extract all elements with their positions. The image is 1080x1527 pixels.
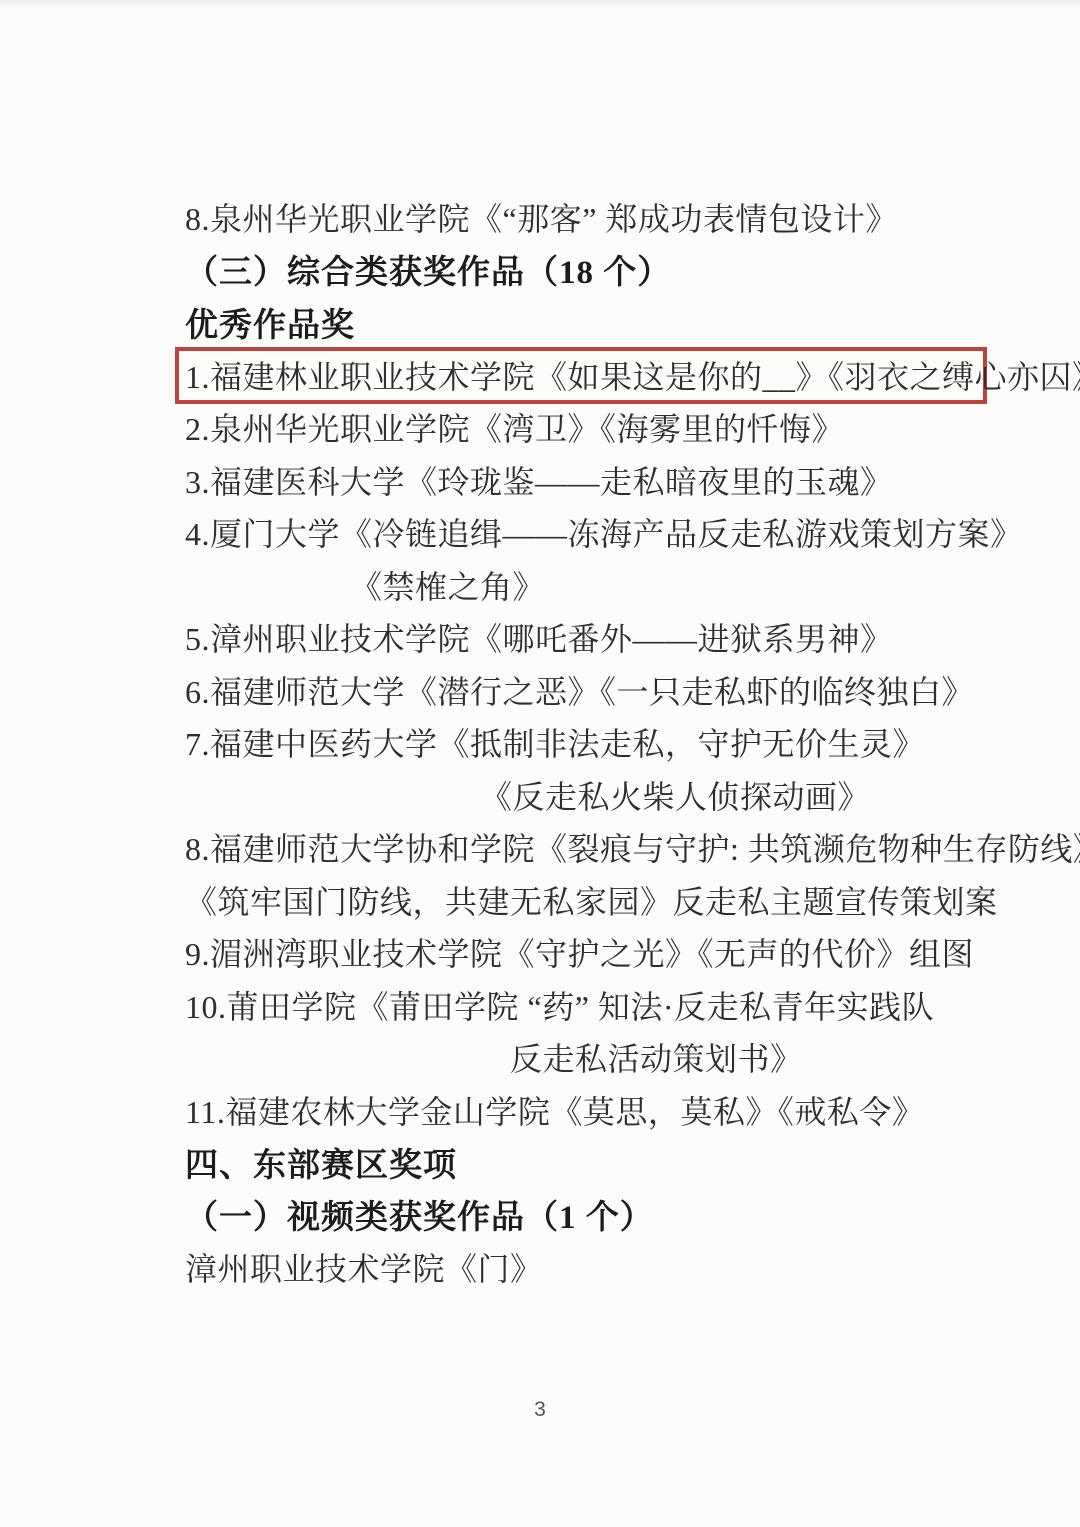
list-item-text: 2.泉州华光职业学院《湾卫》《海雾里的忏悔》 bbox=[185, 404, 844, 450]
section-heading: （一）视频类获奖作品（1 个） bbox=[185, 1189, 985, 1242]
list-item: 11.福建农林大学金山学院《莫思，莫私》《戒私令》 bbox=[185, 1084, 985, 1137]
list-item: 漳州职业技术学院《门》 bbox=[185, 1241, 985, 1294]
list-item-highlighted: 1.福建林业职业技术学院《如果这是你的__》《羽衣之缚心亦囚》 bbox=[185, 349, 985, 402]
list-item: 4.厦门大学《冷链追缉——冻海产品反走私游戏策划方案》 bbox=[185, 506, 985, 559]
list-item-text: 《禁榷之角》 bbox=[350, 562, 545, 608]
list-item-text: 8.泉州华光职业学院《“那客” 郑成功表情包设计》 bbox=[185, 194, 898, 240]
list-item-text: 《反走私火柴人侦探动画》 bbox=[480, 772, 870, 818]
list-item: 7.福建中医药大学《抵制非法走私，守护无价生灵》 bbox=[185, 716, 985, 769]
list-item-text: 漳州职业技术学院《门》 bbox=[185, 1244, 543, 1290]
list-item-text: 6.福建师范大学《潜行之恶》《一只走私虾的临终独白》 bbox=[185, 667, 974, 713]
section-heading: 四、东部赛区奖项 bbox=[185, 1136, 985, 1189]
list-item-text: 11.福建农林大学金山学院《莫思，莫私》《戒私令》 bbox=[185, 1087, 924, 1133]
list-item: 6.福建师范大学《潜行之恶》《一只走私虾的临终独白》 bbox=[185, 664, 985, 717]
list-item: 5.漳州职业技术学院《哪吒番外——进狱系男神》 bbox=[185, 611, 985, 664]
list-item-text: 1.福建林业职业技术学院《如果这是你的__》《羽衣之缚心亦囚》 bbox=[185, 352, 1080, 398]
award-tier-heading: 优秀作品奖 bbox=[185, 296, 985, 349]
list-item-continuation: 《反走私火柴人侦探动画》 bbox=[185, 769, 985, 822]
scan-edge bbox=[0, 0, 1080, 8]
document-body: 8.泉州华光职业学院《“那客” 郑成功表情包设计》 （三）综合类获奖作品（18 … bbox=[185, 191, 985, 1294]
list-item-text: 反走私活动策划书》 bbox=[510, 1034, 803, 1080]
list-item-continuation: 反走私活动策划书》 bbox=[185, 1031, 985, 1084]
page-number: 3 bbox=[0, 1398, 1080, 1422]
section-heading-text: 四、东部赛区奖项 bbox=[185, 1139, 457, 1186]
list-item: 8.福建师范大学协和学院《裂痕与守护: 共筑濒危物种生存防线》 bbox=[185, 821, 985, 874]
award-tier-heading-text: 优秀作品奖 bbox=[185, 299, 355, 346]
list-item: 2.泉州华光职业学院《湾卫》《海雾里的忏悔》 bbox=[185, 401, 985, 454]
list-item: 8.泉州华光职业学院《“那客” 郑成功表情包设计》 bbox=[185, 191, 985, 244]
document-page: 8.泉州华光职业学院《“那客” 郑成功表情包设计》 （三）综合类获奖作品（18 … bbox=[0, 0, 1080, 1527]
list-item: 3.福建医科大学《玲珑鉴——走私暗夜里的玉魂》 bbox=[185, 454, 985, 507]
list-item-text: 7.福建中医药大学《抵制非法走私，守护无价生灵》 bbox=[185, 719, 925, 765]
list-item: 10.莆田学院《莆田学院 “药” 知法·反走私青年实践队 bbox=[185, 979, 985, 1032]
list-item-text: 4.厦门大学《冷链追缉——冻海产品反走私游戏策划方案》 bbox=[185, 509, 1023, 555]
section-heading: （三）综合类获奖作品（18 个） bbox=[185, 244, 985, 297]
list-item-text: 8.福建师范大学协和学院《裂痕与守护: 共筑濒危物种生存防线》 bbox=[185, 824, 1080, 870]
section-heading-text: （三）综合类获奖作品（18 个） bbox=[185, 246, 671, 293]
section-heading-text: （一）视频类获奖作品（1 个） bbox=[185, 1191, 654, 1238]
list-item-text: 3.福建医科大学《玲珑鉴——走私暗夜里的玉魂》 bbox=[185, 457, 893, 503]
list-item-text: 9.湄洲湾职业技术学院《守护之光》《无声的代价》组图 bbox=[185, 929, 974, 975]
list-item-continuation: 《禁榷之角》 bbox=[185, 559, 985, 612]
list-item-text: 《筑牢国门防线，共建无私家园》反走私主题宣传策划案 bbox=[185, 877, 998, 923]
list-item-text: 5.漳州职业技术学院《哪吒番外——进狱系男神》 bbox=[185, 614, 893, 660]
list-item-continuation: 《筑牢国门防线，共建无私家园》反走私主题宣传策划案 bbox=[185, 874, 985, 927]
list-item: 9.湄洲湾职业技术学院《守护之光》《无声的代价》组图 bbox=[185, 926, 985, 979]
list-item-text: 10.莆田学院《莆田学院 “药” 知法·反走私青年实践队 bbox=[185, 982, 934, 1028]
